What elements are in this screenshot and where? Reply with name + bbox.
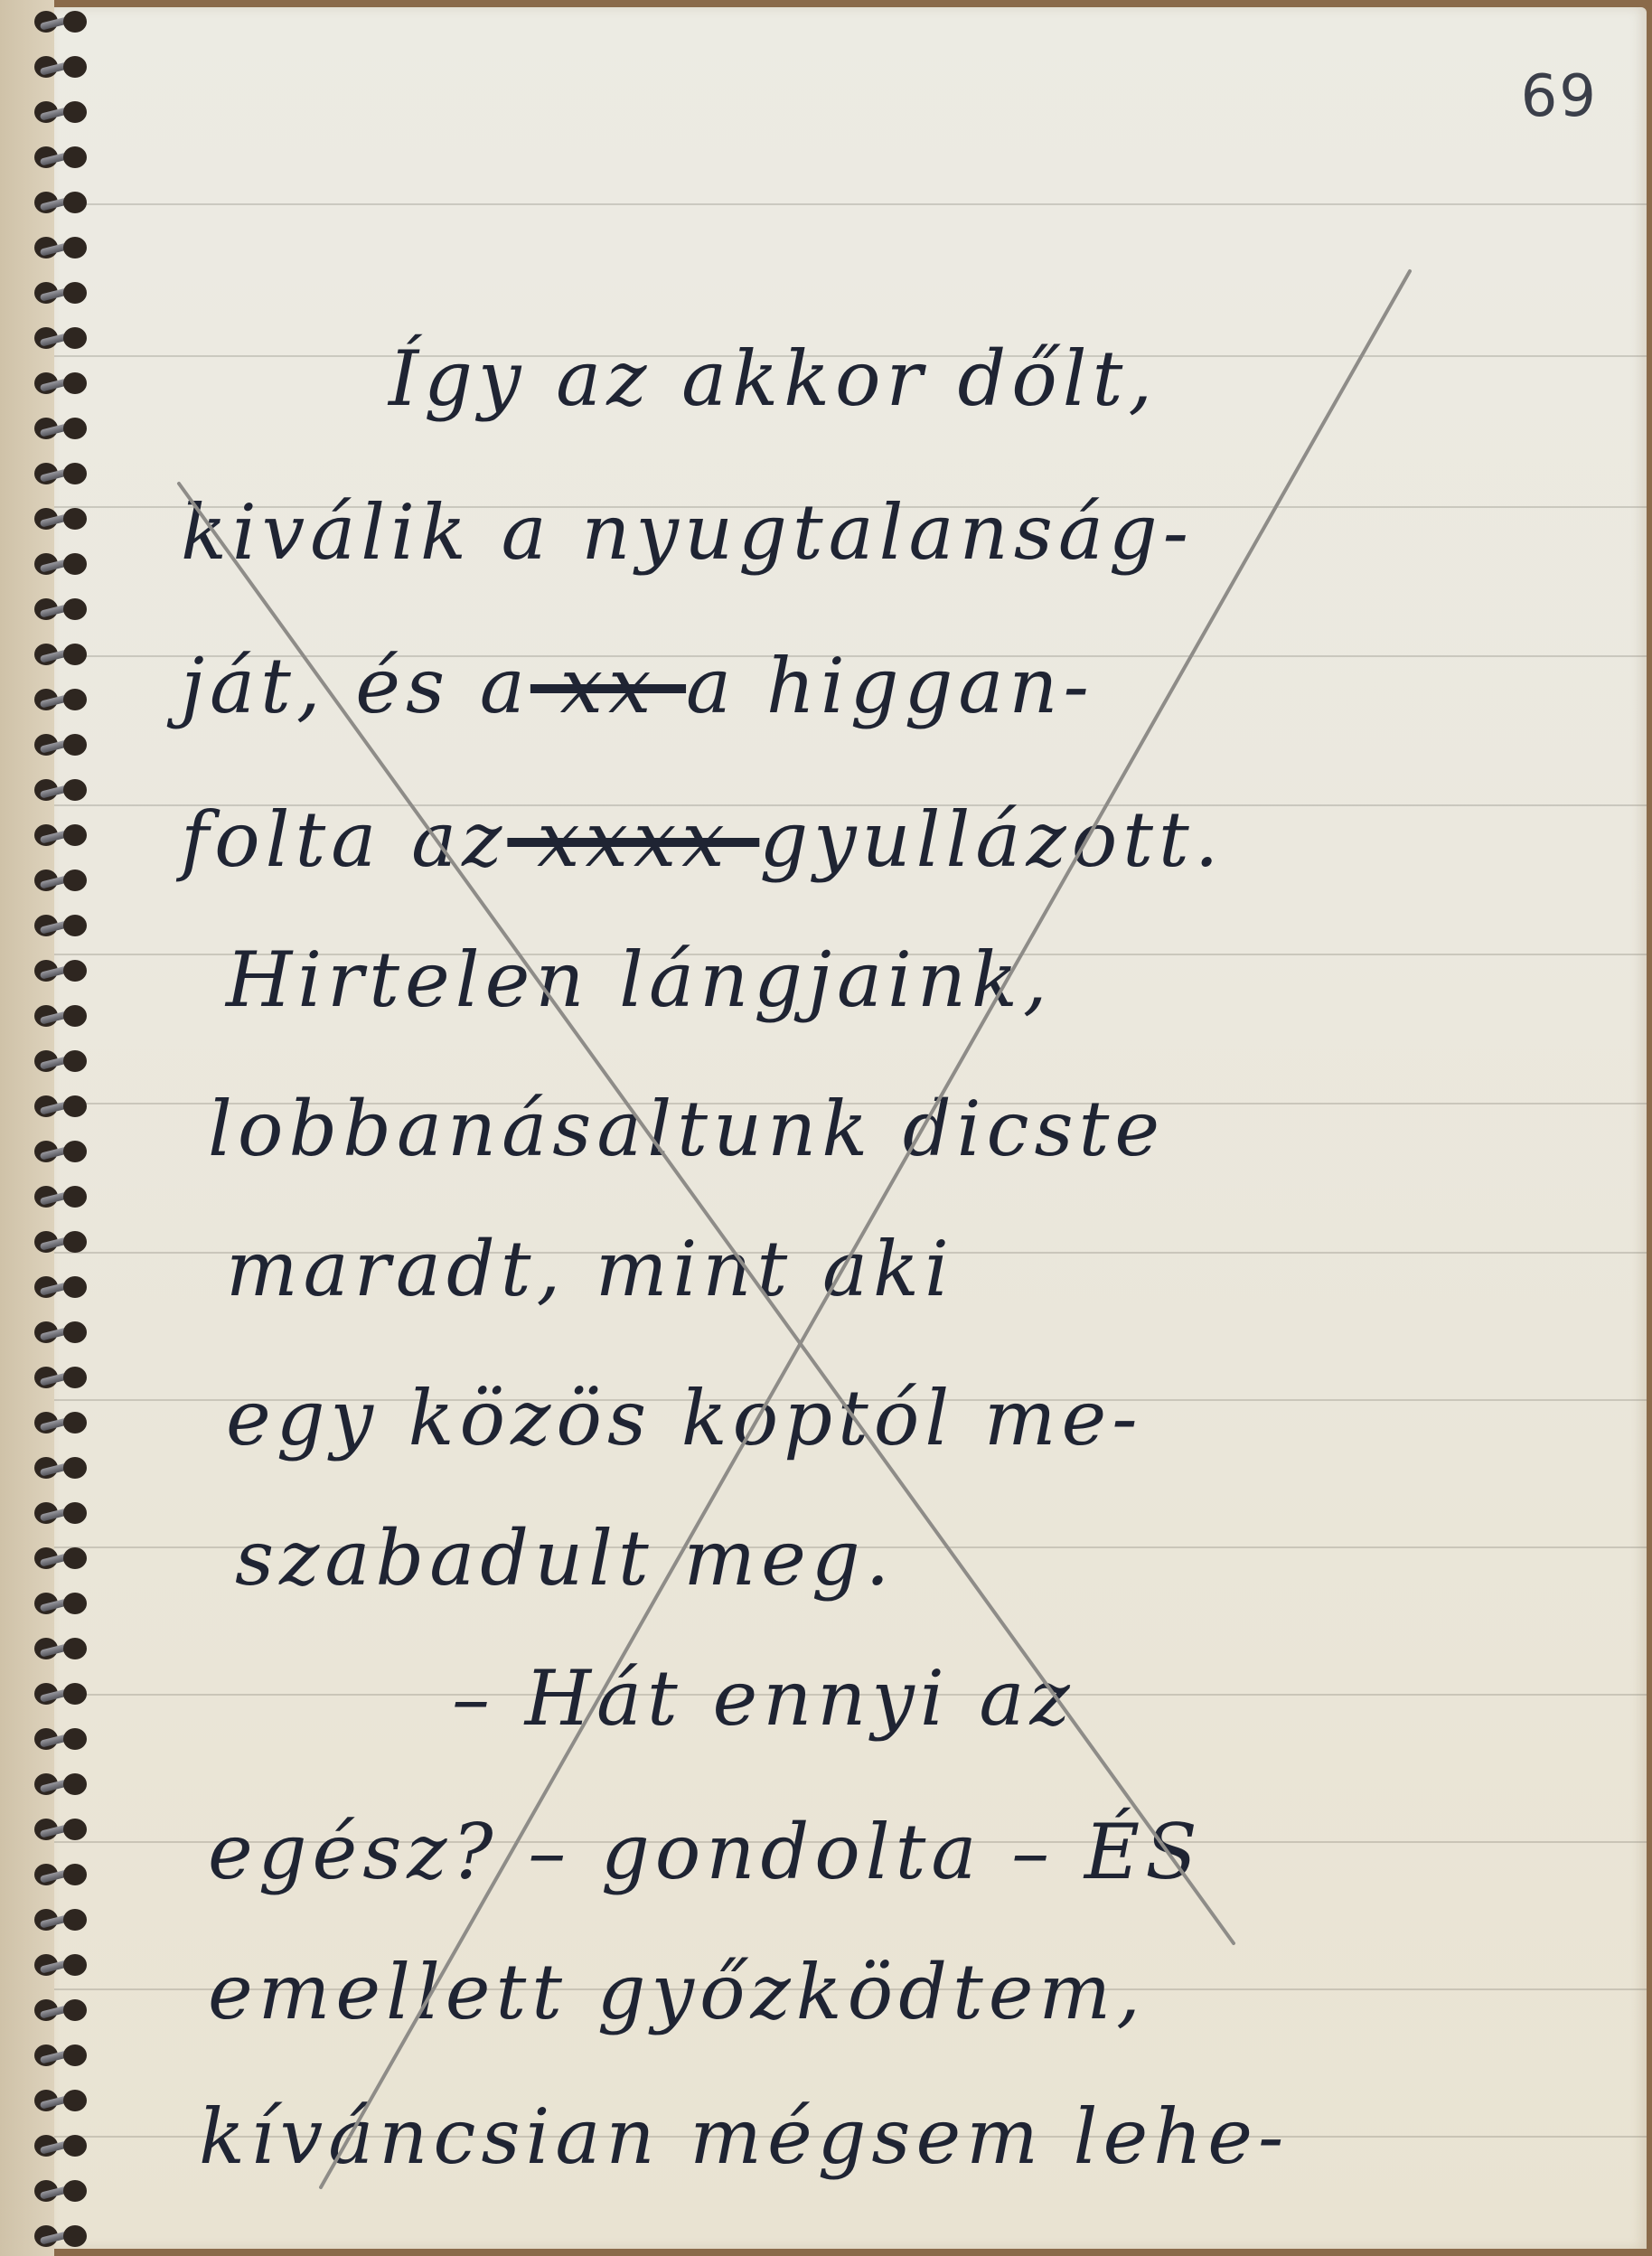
spiral-loop <box>27 597 90 624</box>
spiral-loop <box>27 1003 90 1030</box>
spiral-loop <box>27 1726 90 1753</box>
page-number: 69 <box>1521 63 1598 130</box>
spiral-loop <box>27 1229 90 1256</box>
spiral-loop <box>27 1997 90 2025</box>
spiral-loop <box>27 54 90 81</box>
spiral-loop <box>27 1952 90 1979</box>
spiral-loop <box>27 371 90 398</box>
spiral-loop <box>27 1772 90 1799</box>
line-text: kíváncsian mégsem lehe- <box>199 2092 1289 2181</box>
line-text-continued: gyullázott. <box>759 795 1224 884</box>
line-text-continued: a higgan- <box>686 642 1094 730</box>
spiral-loop <box>27 1546 90 1573</box>
spiral-loop <box>27 235 90 262</box>
spiral-loop <box>27 1862 90 1889</box>
spiral-loop <box>27 1320 90 1347</box>
line-text: – Hát ennyi az <box>452 1654 1075 1743</box>
spiral-loop <box>27 2178 90 2205</box>
struck-out-word: xxxx <box>507 795 759 884</box>
spiral-loop <box>27 506 90 533</box>
spiral-loop <box>27 868 90 895</box>
spiral-loop <box>27 777 90 804</box>
line-text: egy közös koptól me- <box>226 1374 1143 1462</box>
spiral-loop <box>27 913 90 940</box>
spiral-loop <box>27 1500 90 1527</box>
spiral-loop <box>27 958 90 985</box>
spiral-loop <box>27 1817 90 1844</box>
handwritten-line: Így az akkor dőlt, <box>389 334 1158 423</box>
handwritten-line: emellett győzködtem, <box>208 1948 1146 2036</box>
spiral-loop <box>27 1184 90 1211</box>
line-text: egész? – gondolta – ÉS <box>208 1808 1203 1896</box>
spiral-loop <box>27 325 90 352</box>
handwritten-line: egész? – gondolta – ÉS <box>208 1808 1203 1896</box>
handwritten-line: Hirtelen lángjaink, <box>226 935 1053 1024</box>
spiral-loop <box>27 461 90 488</box>
line-text: folta az <box>181 795 507 884</box>
spiral-loop <box>27 1094 90 1121</box>
line-text: lobbanásaltunk dicste <box>208 1085 1165 1173</box>
handwritten-line: szabadult meg. <box>235 1514 895 1603</box>
spiral-loop <box>27 1591 90 1618</box>
spiral-loop <box>27 732 90 759</box>
spiral-loop <box>27 190 90 217</box>
handwritten-line: folta az xxxx gyullázott. <box>181 795 1225 884</box>
spiral-loop <box>27 2223 90 2251</box>
spiral-loop <box>27 687 90 714</box>
spiral-loop <box>27 1274 90 1302</box>
spiral-loop <box>27 1907 90 1934</box>
line-text: maradt, mint aki <box>226 1225 954 1313</box>
spiral-loop <box>27 551 90 578</box>
spiral-loop <box>27 2133 90 2160</box>
spiral-loop <box>27 1636 90 1663</box>
spiral-loop <box>27 1048 90 1076</box>
spiral-loop <box>27 9 90 36</box>
line-text: kiválik a nyugtalanság- <box>181 488 1194 577</box>
spiral-loop <box>27 1139 90 1166</box>
spiral-loop <box>27 2088 90 2115</box>
line-text: ját, és a <box>181 642 530 730</box>
ruled-line <box>54 203 1647 205</box>
spiral-loop <box>27 416 90 443</box>
spiral-loop <box>27 642 90 669</box>
handwritten-line: kíváncsian mégsem lehe- <box>199 2092 1289 2181</box>
spiral-loop <box>27 1455 90 1482</box>
line-text: szabadult meg. <box>235 1514 895 1603</box>
spiral-loop <box>27 2043 90 2070</box>
handwritten-line: lobbanásaltunk dicste <box>208 1085 1165 1173</box>
handwritten-line: egy közös koptól me- <box>226 1374 1143 1462</box>
spiral-loop <box>27 145 90 172</box>
line-text: Hirtelen lángjaink, <box>226 935 1053 1024</box>
spiral-loop <box>27 1681 90 1708</box>
spiral-loop <box>27 1365 90 1392</box>
spiral-binding <box>27 9 99 2251</box>
spiral-loop <box>27 99 90 127</box>
handwritten-line: kiválik a nyugtalanság- <box>181 488 1194 577</box>
spiral-loop <box>27 822 90 850</box>
handwritten-line: ját, és a xx a higgan- <box>181 642 1094 730</box>
spiral-loop <box>27 280 90 307</box>
line-text: Így az akkor dőlt, <box>389 334 1158 423</box>
struck-out-word: xx <box>530 642 686 730</box>
line-text: emellett győzködtem, <box>208 1948 1146 2036</box>
handwritten-line: – Hát ennyi az <box>452 1654 1075 1743</box>
handwritten-line: maradt, mint aki <box>226 1225 954 1313</box>
spiral-loop <box>27 1410 90 1437</box>
